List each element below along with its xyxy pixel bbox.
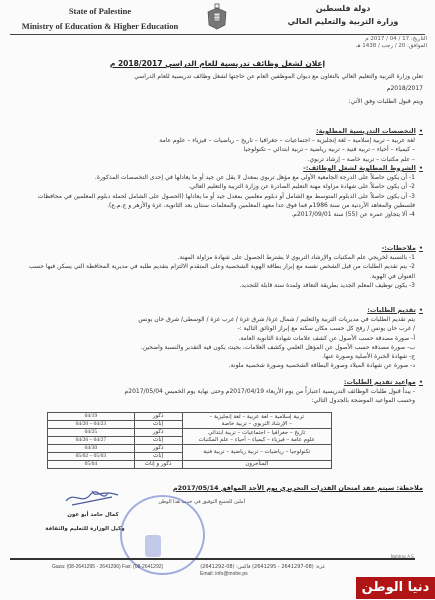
submission-line-1: يتم تقديم الطلبات في مديريات التربية وال… xyxy=(18,315,423,324)
document-title: إعلان لشغل وظائف تدريسية للعام الدراسي 2… xyxy=(0,59,435,68)
state-name-en: State of Palestine xyxy=(10,6,190,16)
specializations-line-2: – كيمياء – أحياء – تربية فنية – تربية ري… xyxy=(18,145,423,154)
condition-item: 2- أن يكون حاصلاً على شهادة مزاولة مهنة … xyxy=(18,182,423,191)
dates-heading: مواعيد تقديم الطلبات: xyxy=(18,378,423,387)
schedule-table: تربية إسلامية – لغة عربية – لغة إنجليزية… xyxy=(47,412,332,469)
notes-section: ملاحظات:- 1- بالنسبة لخريجي علم المكتبات… xyxy=(18,244,423,290)
table-row: تكنولوجيا – رياضيات – تربية رياضية – ترب… xyxy=(48,445,332,453)
subject-cell: المتأخرون xyxy=(182,461,331,469)
subject-cell: تربية إسلامية – لغة عربية – لغة إنجليزية… xyxy=(182,413,331,429)
gender-cell: ذكور xyxy=(134,413,182,421)
gender-cell: إناث xyxy=(134,421,182,429)
intro-section: تعلن وزارة التربية والتعليم العالي بالتع… xyxy=(18,72,423,107)
specializations-line-3: – علم مكتبات – تربية خاصة – إرشاد تربوي. xyxy=(18,155,423,164)
document-item: ب- صورة مصدقة حسب الأصول عن المؤهل العلم… xyxy=(18,343,423,352)
signature-icon xyxy=(62,487,122,509)
gender-cell: إناث xyxy=(134,437,182,445)
specializations-line-1: لغة عربية – تربية إسلامية – لغة إنجليزية… xyxy=(18,136,423,145)
gender-cell: ذكور xyxy=(134,429,182,437)
specializations-section: التخصصات التدريسية المطلوبة: لغة عربية –… xyxy=(18,127,423,164)
date-cell: 05/03 – 05/02 xyxy=(48,453,135,461)
notes-heading: ملاحظات:- xyxy=(18,244,423,253)
state-name-ar: دولة فلسطين xyxy=(263,4,423,13)
stamp-emblem-icon xyxy=(145,535,161,557)
condition-item: 4- ألا يتجاوز عمره عن (55) سنة 2017/09/0… xyxy=(18,210,423,219)
date-cell: 04/27 – 04/26 xyxy=(48,437,135,445)
gender-cell: إناث xyxy=(134,453,182,461)
footer-contact-ar: غزة: (08-2641297 - 2641295) فاكس: (08-26… xyxy=(200,564,325,570)
footer-divider xyxy=(10,558,415,560)
document-item: د- صورة عن شهادة الميلاد وصورة البطاقة ا… xyxy=(18,361,423,370)
document-item: أ- صورة مصدقة حسب الأصول عن كشف علامات ش… xyxy=(18,334,423,343)
date-cell: 05/04 xyxy=(48,461,135,469)
dates-section: مواعيد تقديم الطلبات: - يبدأ قبول طلبات … xyxy=(18,378,423,406)
ministry-name-ar: وزارة التربية والتعليم العالي xyxy=(263,17,423,26)
subject-cell: تاريخ – جغرافيا – اجتماعيات – تربية ابتد… xyxy=(182,429,331,445)
date-cell: 04/30 xyxy=(48,445,135,453)
ministry-name-en: Ministry of Education & Higher Education xyxy=(10,21,190,31)
gender-cell: ذكور xyxy=(134,445,182,453)
table-row: تاريخ – جغرافيا – اجتماعيات – تربية ابتد… xyxy=(48,429,332,437)
submission-section: تقديم الطلبات: يتم تقديم الطلبات في مدير… xyxy=(18,306,423,370)
table-row: المتأخرون ذكور و إناث 05/04 xyxy=(48,461,332,469)
conditions-section: الشروط المطلوبة لشغل الوظائف:- 1- أن يكو… xyxy=(18,164,423,219)
header-divider xyxy=(10,34,425,35)
header-arabic: دولة فلسطين وزارة التربية والتعليم العال… xyxy=(263,4,423,26)
date-cell: 04/25 xyxy=(48,429,135,437)
note-item: 2- يتم تقديم الطلبات من قبل الشخص نفسه م… xyxy=(18,262,423,280)
document-item: ج- شهادة الخبرة الأصلية وصورة عنها. xyxy=(18,352,423,361)
note-item: 1- بالنسبة لخريجي علم المكتبات والإرشاد … xyxy=(18,253,423,262)
date-cell: 04/23 – 04/20 xyxy=(48,421,135,429)
subject-cell: تكنولوجيا – رياضيات – تربية رياضية – ترب… xyxy=(182,445,331,461)
submission-line-2: / غرب خان يونس / رفح كل حسب مكان سكنه مع… xyxy=(18,324,423,333)
date-block: التاريخ: 17 / 04 / 2017 م الموافق: 20 / … xyxy=(356,36,427,50)
exam-note: ملاحظة: سيتم عقد امتحان القدرات التحريري… xyxy=(173,484,423,492)
intro-line-2: 2018/2017م xyxy=(18,84,423,93)
document-page: State of Palestine Ministry of Education… xyxy=(0,0,435,600)
specializations-heading: التخصصات التدريسية المطلوبة: xyxy=(18,127,423,136)
intro-line-1: تعلن وزارة التربية والتعليم العالي بالتع… xyxy=(18,72,423,81)
footer-contact-en: Gaza: (08-2641295 - 2641296) Fax: (08-26… xyxy=(52,564,163,570)
condition-item: 1- أن يكون حاصلاً على الدرجة الجامعية ال… xyxy=(18,173,423,182)
dates-line-2: وحسب المواعيد الموضحة بالجدول التالي: xyxy=(18,396,423,405)
palestine-eagle-emblem-icon xyxy=(205,3,229,31)
conditions-heading: الشروط المطلوبة لشغل الوظائف:- xyxy=(18,164,423,173)
gender-cell: ذكور و إناث xyxy=(134,461,182,469)
official-stamp-icon xyxy=(120,495,205,575)
date-gregorian: التاريخ: 17 / 04 / 2017 م xyxy=(356,36,427,43)
submission-heading: تقديم الطلبات: xyxy=(18,306,423,315)
dates-line-1: - يبدأ قبول طلبات الوظائف التدريسية اعتب… xyxy=(18,387,423,396)
condition-item: 3- أن يكون حاصلاً على الدبلوم المتوسط مع… xyxy=(18,192,423,210)
note-item: 3- يكون توظيف المعلم الجديد بطريقة التعا… xyxy=(18,281,423,290)
header-english: State of Palestine Ministry of Education… xyxy=(10,6,190,31)
date-hijri: الموافق: 20 / رجب / 1438 هـ xyxy=(356,43,427,50)
date-cell: 04/19 xyxy=(48,413,135,421)
table-row: تربية إسلامية – لغة عربية – لغة إنجليزية… xyxy=(48,413,332,421)
intro-line-3: ويتم قبول الطلبات وفق الآتي: xyxy=(18,97,423,106)
watermark-logo: دنيا الوطن xyxy=(356,577,435,599)
footer-email: Email: info@mohe.ps xyxy=(200,571,248,577)
